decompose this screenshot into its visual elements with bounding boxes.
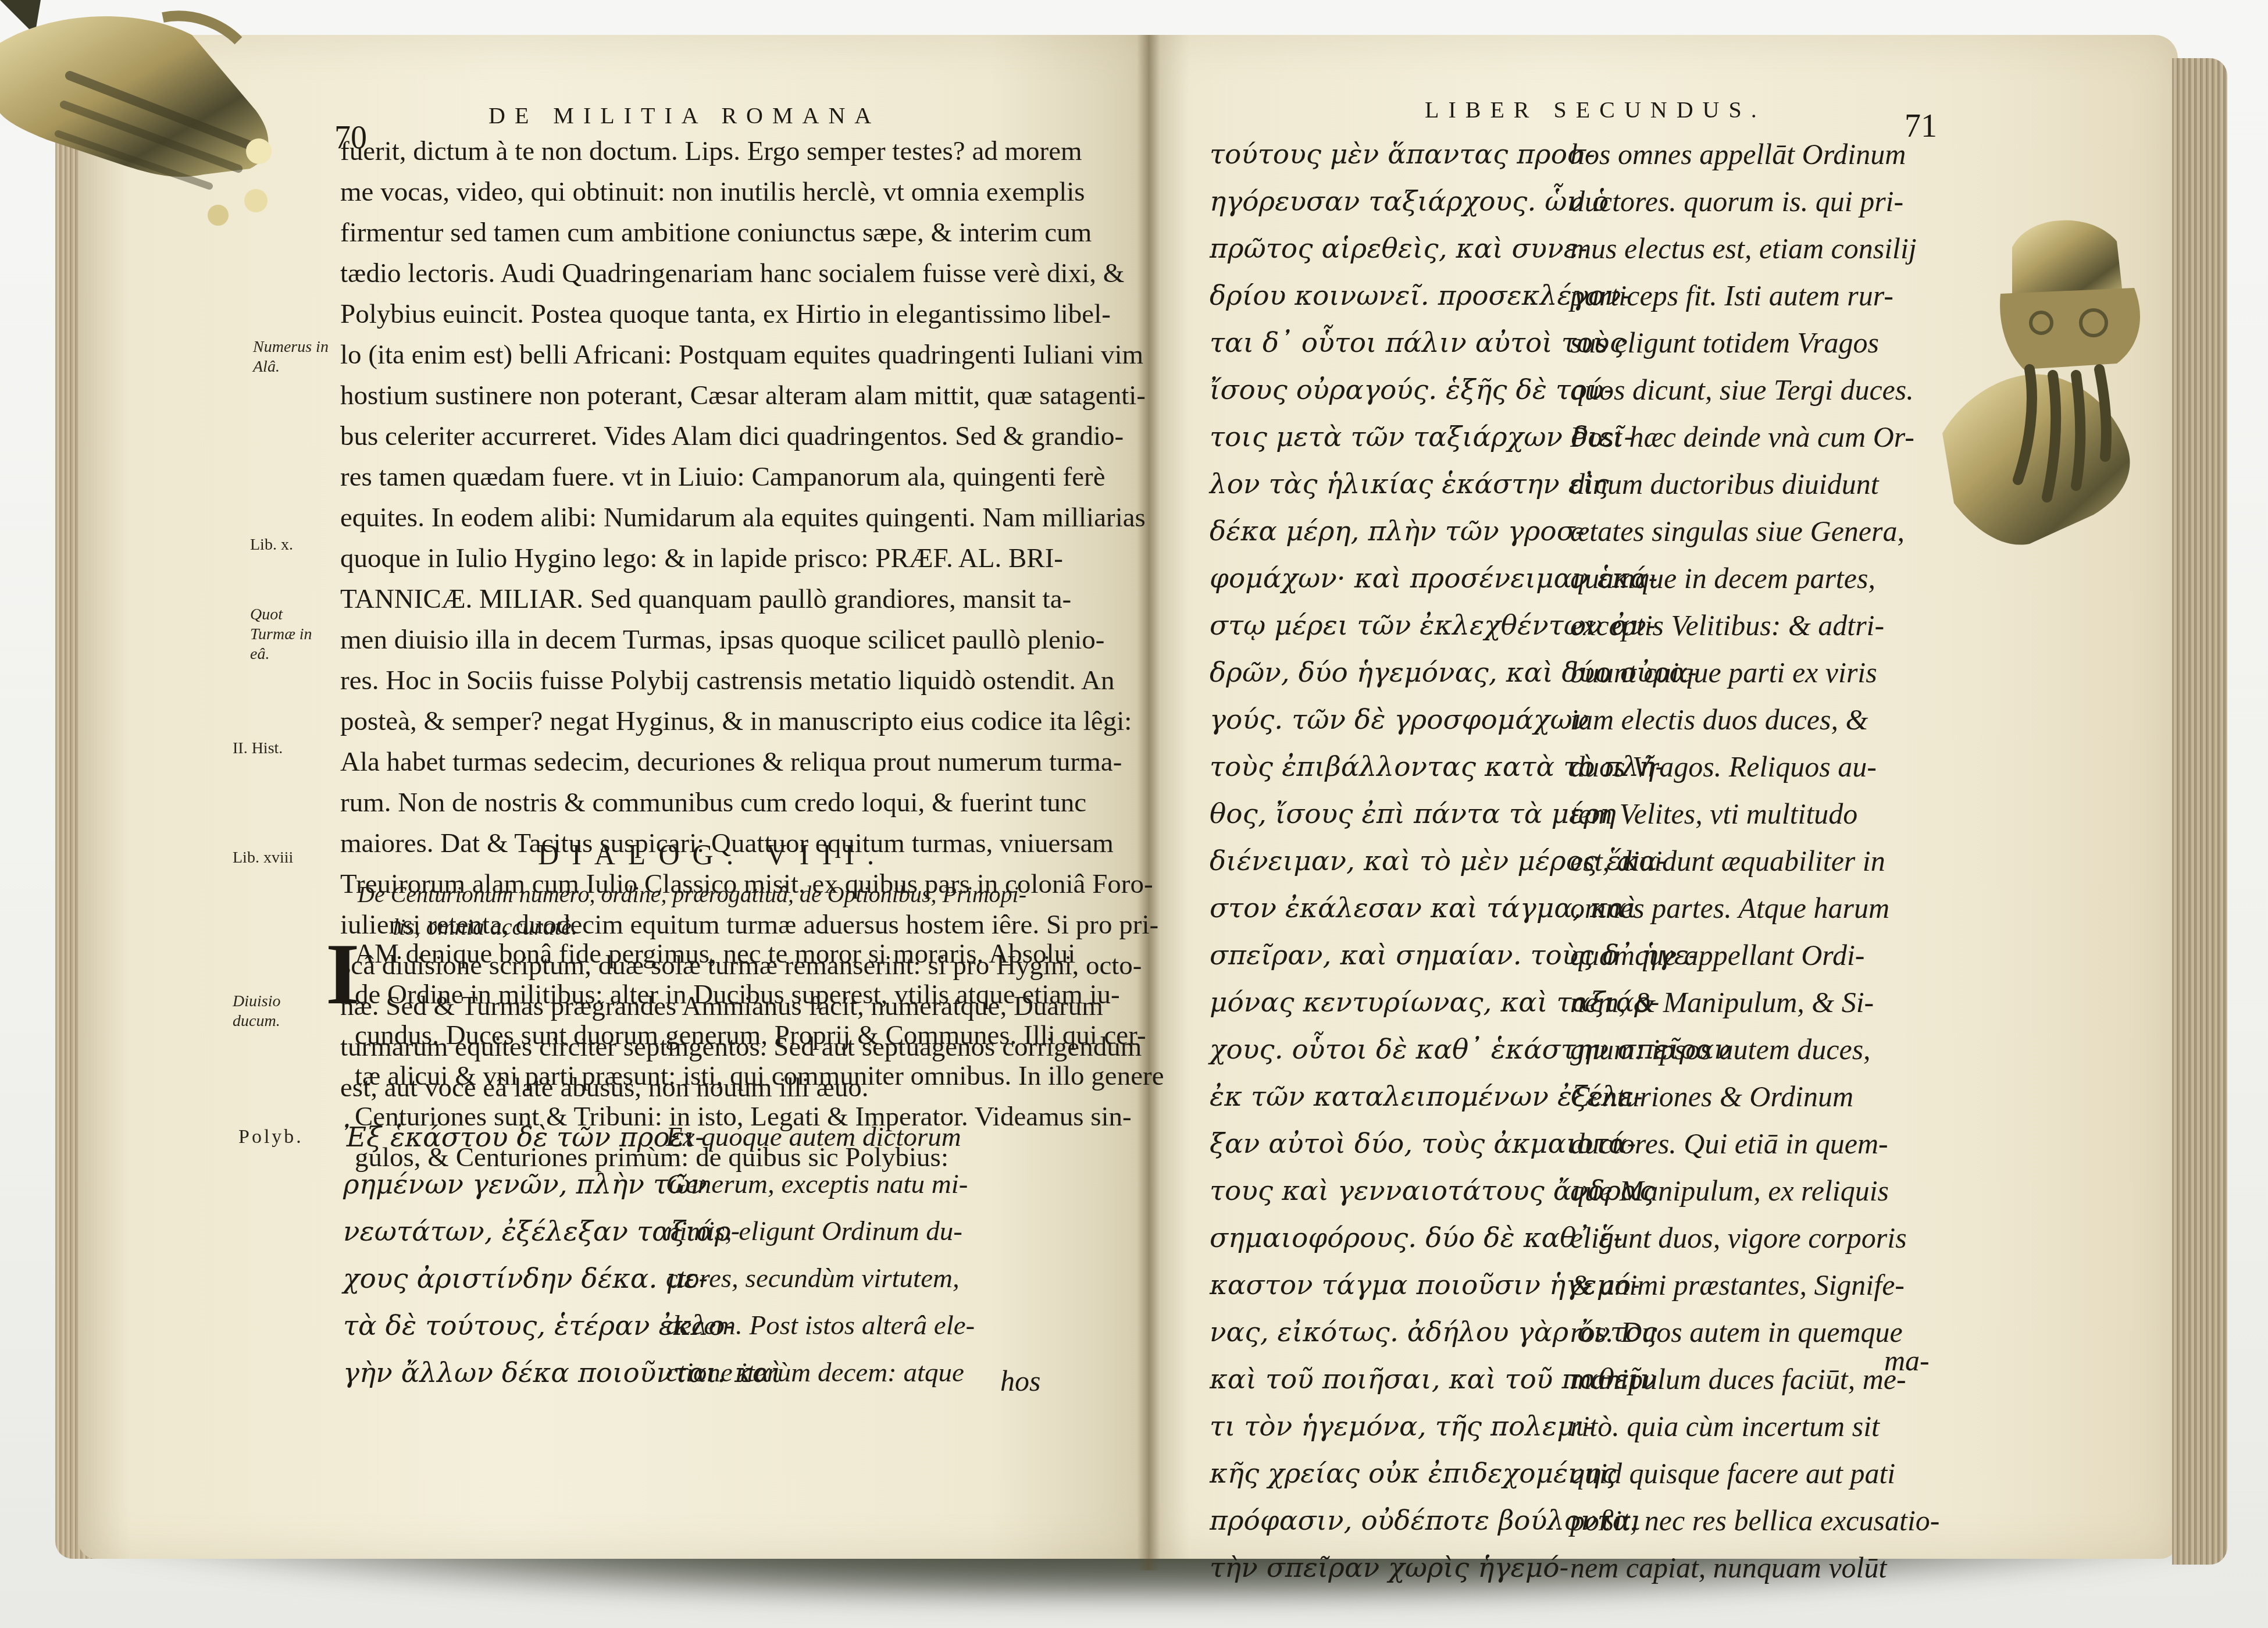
right-greek-column: τούτους μὲν ἅπαντας προσ-ηγόρευσαν ταξιά…: [1210, 131, 1582, 1591]
latin-line: nem, & Manipulum, & Si-: [1570, 979, 1942, 1026]
latin-line: ctores, secundùm virtutem,: [666, 1255, 1038, 1302]
margin-note: II. Hist.: [233, 739, 283, 758]
text-line: cundus. Duces sunt duorum generum, Propr…: [355, 1015, 1093, 1056]
greek-line: γούς. τῶν δὲ γροσφομάχων: [1210, 696, 1582, 743]
subheading-line: De Centurionum numero, ordine, prærogati…: [358, 878, 1026, 911]
greek-line: καὶ τοῦ ποιῆσαι, καὶ τοῦ παθεῖν: [1210, 1356, 1582, 1403]
latin-line: Post hæc deinde vnà cum Or-: [1570, 414, 1942, 461]
greek-line: νας, εἰκότως. ἀδήλου γὰρ ὄντος: [1210, 1309, 1582, 1356]
margin-note: Quot Turmæ in eâ.: [250, 605, 331, 664]
margin-note: Diuisio ducum.: [233, 992, 320, 1031]
text-line: res tamen quædam fuere. vt in Liuio: Cam…: [340, 457, 1096, 497]
latin-line: omnes partes. Atque harum: [1570, 885, 1942, 932]
text-line: men diuisio illa in decem Turmas, ipsas …: [340, 619, 1096, 660]
text-line: Polybius euincit. Postea quoque tanta, e…: [340, 294, 1096, 334]
latin-line: sus eligunt totidem Vragos: [1570, 319, 1942, 366]
greek-line: τους καὶ γενναιοτάτους ἄνδρας: [1210, 1167, 1582, 1214]
greek-line: τοις μετὰ τῶν ταξιάρχων διεῖ-: [1210, 414, 1582, 461]
greek-line: στῳ μέρει τῶν ἐκλεχθέντων ἀν-: [1210, 602, 1582, 649]
greek-line: ται δ᾽ οὗτοι πάλιν αὐτοὶ τοὺς: [1210, 319, 1582, 366]
text-line: res. Hoc in Sociis fuisse Polybij castre…: [340, 660, 1096, 701]
greek-line: σημαιοφόρους. δύο δὲ καθ᾽ ἕ-: [1210, 1214, 1582, 1262]
text-line: tæ alicui & vni parti præsunt: isti, qui…: [355, 1056, 1093, 1096]
right-catchword: ma-: [1884, 1344, 1930, 1377]
page-block-edge-right: [2172, 58, 2227, 1565]
latin-line: tem Velites, vti multitudo: [1570, 790, 1942, 838]
brass-hand-clip-icon: [0, 0, 302, 244]
greek-line: μόνας κεντυρίωνας, καὶ ταξιάρ-: [1210, 979, 1582, 1026]
text-line: Ala habet turmas sedecim, decuriones & r…: [340, 742, 1096, 782]
greek-line: τι τὸν ἡγεμόνα, τῆς πολεμι-: [1210, 1403, 1582, 1450]
text-line: quoque in Iulio Hygino lego: & in lapide…: [340, 538, 1096, 579]
latin-line: poßit, nec res bellica excusatio-: [1570, 1497, 1942, 1544]
text-line: posteà, & semper? negat Hyginus, & in ma…: [340, 701, 1096, 742]
latin-line: ætates singulas siue Genera,: [1570, 508, 1942, 555]
margin-note: Numerus in Alâ.: [253, 337, 329, 377]
section-heading: Dialog. VIII.: [538, 838, 887, 871]
latin-line: ritò. quia cùm incertum sit: [1570, 1403, 1942, 1450]
greek-line: κῆς χρείας οὐκ ἐπιδεχομένης: [1210, 1450, 1582, 1497]
latin-line: particeps fit. Isti autem rur-: [1570, 272, 1942, 319]
left-greek-column: Ἐξ ἑκάστου δὲ τῶν προει-ρημένων γενῶν, π…: [343, 1114, 692, 1397]
text-line: de Ordine in militibus: alter in Ducibus…: [355, 974, 1093, 1015]
latin-line: exceptis Velitibus: & adtri-: [1570, 602, 1942, 649]
greek-line: γὴν ἄλλων δέκα ποιοῦνται. καὶ: [343, 1349, 692, 1397]
latin-line: ctione iterùm decem: atque: [666, 1349, 1038, 1397]
left-latin-column: Ex quoque autem dictorumGenerum, excepti…: [666, 1114, 1038, 1397]
right-running-head: Liber Secundus.: [1425, 96, 1766, 123]
latin-line: Generum, exceptis natu mi-: [666, 1161, 1038, 1208]
greek-line: δρίου κοινωνεῖ. προσεκλέγον-: [1210, 272, 1582, 319]
greek-line: Ἐξ ἑκάστου δὲ τῶν προει-: [343, 1114, 692, 1161]
greek-line: καστον τάγμα ποιοῦσιν ἡγεμό-: [1210, 1262, 1582, 1309]
text-line: equites. In eodem alibi: Numidarum ala e…: [340, 497, 1096, 538]
greek-line: τὰ δὲ τούτους, ἑτέραν ἐκλο-: [343, 1302, 692, 1349]
latin-line: iam electis duos duces, &: [1570, 696, 1942, 743]
greek-line: χους. οὗτοι δὲ καθ᾽ ἑκάστην σπεῖραν: [1210, 1026, 1582, 1073]
greek-line: νεωτάτων, ἐξέλεξαν ταξιάρ-: [343, 1208, 692, 1255]
greek-line: ἐκ τῶν καταλειπομένων ἐξέλε-: [1210, 1073, 1582, 1120]
greek-line: φομάχων· καὶ προσένειμαν ἑκά-: [1210, 555, 1582, 602]
greek-line: τοὺς ἐπιβάλλοντας κατὰ τὸ πλῆ-: [1210, 743, 1582, 790]
greek-line: δέκα μέρη, πλὴν τῶν γροσ-: [1210, 508, 1582, 555]
greek-line: τὴν σπεῖραν χωρὶς ἡγεμό-: [1210, 1544, 1582, 1591]
text-line: AM denique bonâ fide pergimus, nec te mo…: [355, 934, 1093, 974]
latin-line: que Manipulum, ex reliquis: [1570, 1167, 1942, 1214]
greek-line: ἴσους οὐραγούς. ἑξῆς δὲ τού-: [1210, 366, 1582, 414]
text-line: me vocas, video, qui obtinuit: non inuti…: [340, 172, 1096, 212]
margin-note: Lib. x.: [250, 535, 293, 555]
latin-line: dinum ductoribus diuidunt: [1570, 461, 1942, 508]
latin-line: decem. Post istos alterâ ele-: [666, 1302, 1038, 1349]
greek-line: τούτους μὲν ἅπαντας προσ-: [1210, 131, 1582, 178]
greek-line: πρῶτος αἱρεθεὶς, καὶ συνε-: [1210, 225, 1582, 272]
text-line: firmentur sed tamen cum ambitione coniun…: [340, 212, 1096, 253]
book-gutter: [1137, 35, 1160, 1570]
latin-line: nem capiat, nunquam volūt: [1570, 1544, 1942, 1591]
margin-note: Lib. xviii: [233, 848, 293, 868]
latin-line: ductores. quorum is. qui pri-: [1570, 178, 1942, 225]
greek-line: ξαν αὐτοὶ δύο, τοὺς ἀκμαιοτά-: [1210, 1120, 1582, 1167]
latin-line: Centuriones & Ordinum: [1570, 1073, 1942, 1120]
greek-line: διένειμαν, καὶ τὸ μὲν μέρος ἕκα-: [1210, 838, 1582, 885]
text-line: TANNICÆ. MILIAR. Sed quanquam paullò gra…: [340, 579, 1096, 619]
text-line: tædio lectoris. Audi Quadringenariam han…: [340, 253, 1096, 294]
greek-line: ηγόρευσαν ταξιάρχους. ὧν ὁ: [1210, 178, 1582, 225]
latin-line: nimis, eligunt Ordinum du-: [666, 1208, 1038, 1255]
latin-line: eligunt duos, vigore corporis: [1570, 1214, 1942, 1262]
text-line: hostium sustinere non poterant, Cæsar al…: [340, 375, 1096, 416]
latin-line: Ex quoque autem dictorum: [666, 1114, 1038, 1161]
greek-line: δρῶν, δύο ἡγεμόνας, καὶ δύο οὐρα-: [1210, 649, 1582, 696]
text-line: fuerit, dictum à te non doctum. Lips. Er…: [340, 131, 1096, 172]
latin-line: duos Vragos. Reliquos au-: [1570, 743, 1942, 790]
greek-line: λον τὰς ἡλικίας ἑκάστην εἰς: [1210, 461, 1582, 508]
latin-line: buunt cuique parti ex viris: [1570, 649, 1942, 696]
latin-line: & animi præstantes, Signife-: [1570, 1262, 1942, 1309]
latin-line: quamque appellant Ordi-: [1570, 932, 1942, 979]
left-running-head: De Militia Romana: [488, 102, 880, 129]
greek-line: σπεῖραν, καὶ σημαίαν. τοὺς δ᾽ ἡγε-: [1210, 932, 1582, 979]
latin-line: mus electus est, etiam consilij: [1570, 225, 1942, 272]
margin-note: Polyb.: [238, 1127, 304, 1147]
latin-line: quamque in decem partes,: [1570, 555, 1942, 602]
greek-line: θος, ἴσους ἐπὶ πάντα τὰ μέρη: [1210, 790, 1582, 838]
latin-line: est, diuidunt æquabiliter in: [1570, 838, 1942, 885]
latin-line: ductores. Qui etiā in quem-: [1570, 1120, 1942, 1167]
text-line: rum. Non de nostris & communibus cum cre…: [340, 782, 1096, 823]
greek-line: ρημένων γενῶν, πλὴν τῶν: [343, 1161, 692, 1208]
latin-line: gnum: ipsos autem duces,: [1570, 1026, 1942, 1073]
brass-hand-clip-cuff-icon: [1942, 201, 2163, 555]
greek-line: πρόφασιν, οὐδέποτε βούλονται: [1210, 1497, 1582, 1544]
latin-line: quos dicunt, siue Tergi duces.: [1570, 366, 1942, 414]
latin-line: hos omnes appellāt Ordinum: [1570, 131, 1942, 178]
left-catchword: hos: [1000, 1364, 1040, 1398]
latin-line: quid quisque facere aut pati: [1570, 1450, 1942, 1497]
text-line: lo (ita enim est) belli Africani: Postqu…: [340, 334, 1096, 375]
greek-line: χους ἀριστίνδην δέκα. με-: [343, 1255, 692, 1302]
text-line: bus celeriter accurreret. Vides Alam dic…: [340, 416, 1096, 457]
greek-line: στον ἐκάλεσαν καὶ τάγμα, καὶ: [1210, 885, 1582, 932]
